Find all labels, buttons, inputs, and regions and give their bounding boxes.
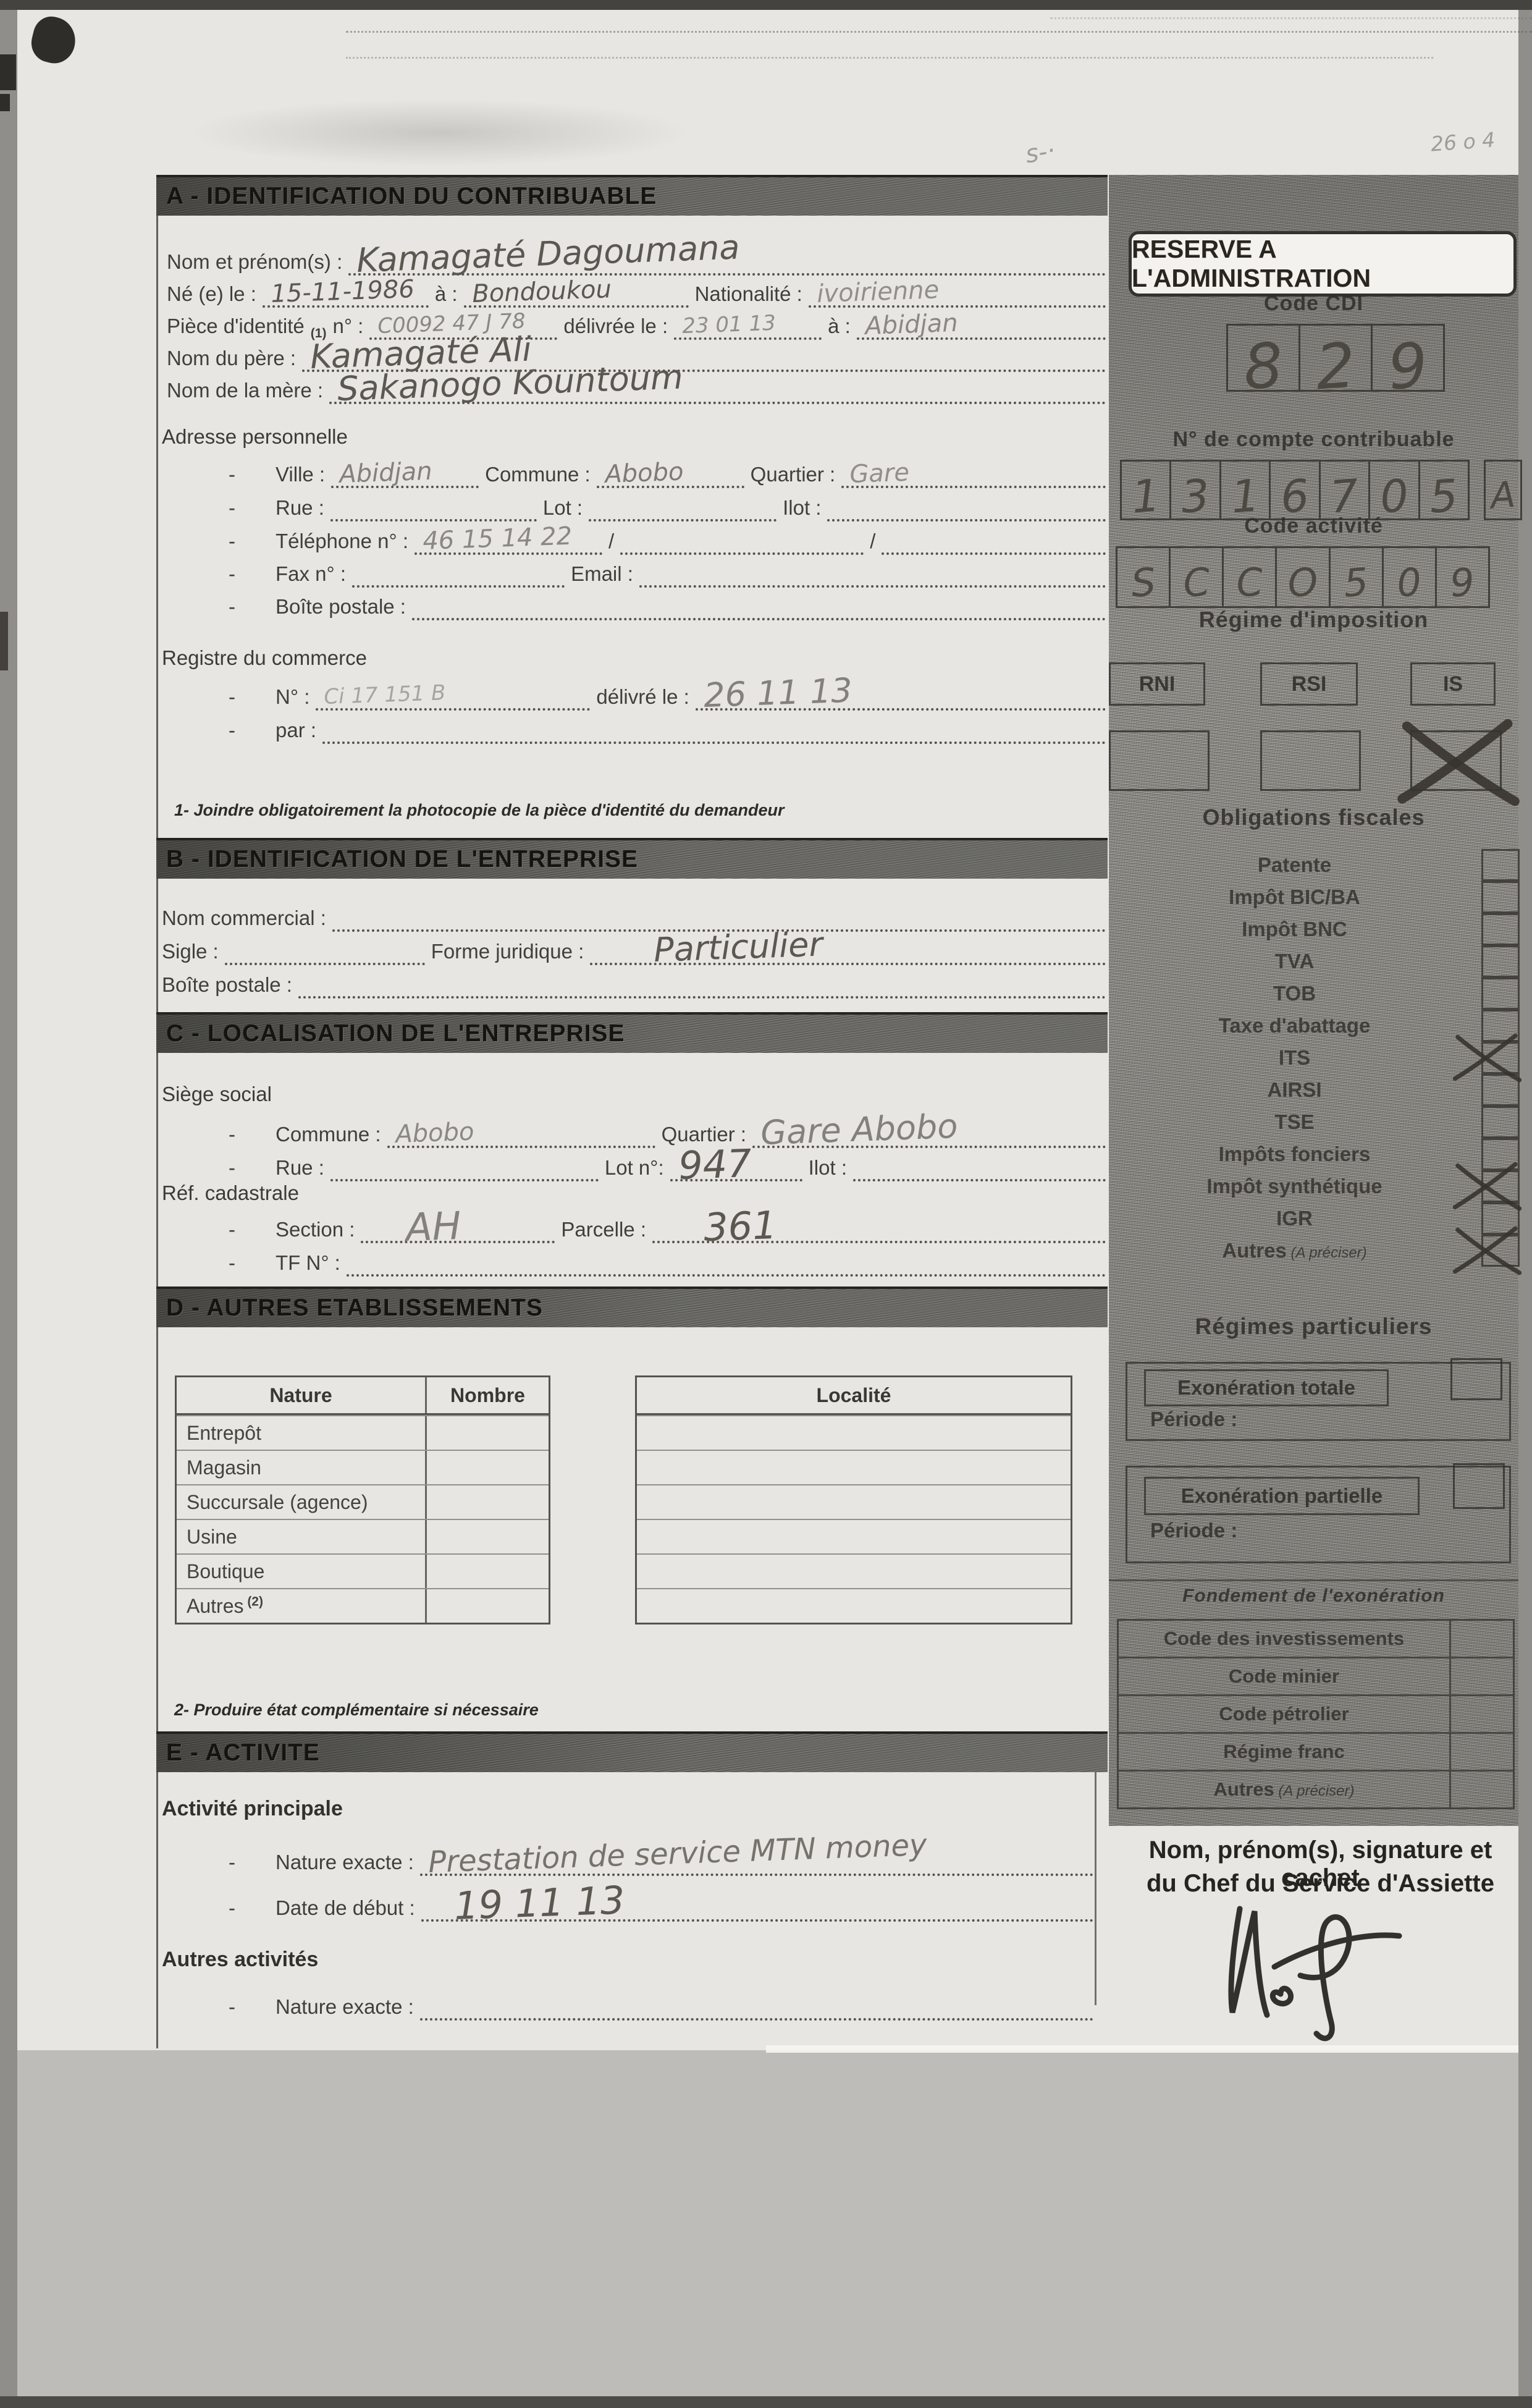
delivree-a-value: Abidjan: [865, 312, 958, 337]
obligation-checkbox: [1481, 945, 1520, 978]
handwritten-digit: C: [1182, 559, 1211, 606]
nationalite-value: ivoirienne: [817, 279, 940, 305]
cell-nature: Autres (2): [177, 1595, 425, 1618]
field-row-nom-commercial: Nom commercial :: [162, 902, 1106, 932]
code-activite-label: Code activité: [1109, 514, 1518, 538]
bp2-field: [298, 969, 1106, 999]
ne-a-field: Bondoukou: [464, 278, 689, 308]
section-d-title: D - AUTRES ETABLISSEMENTS: [156, 1295, 543, 1322]
edge-mark: [0, 94, 10, 111]
table-row: Usine: [177, 1519, 549, 1553]
ne-le-field: 15-11-1986: [263, 278, 429, 308]
telephone-field-3: [882, 525, 1106, 555]
table-row: Boutique: [177, 1553, 549, 1588]
mere-field: Sakanogo Kountoum: [329, 374, 1106, 404]
field-row-bp2: Boîte postale :: [162, 969, 1106, 999]
nature-exacte2-field: [420, 1991, 1093, 2021]
digit-cell: 2: [1298, 326, 1371, 390]
table-row: Succursale (agence): [177, 1484, 549, 1519]
section-e-title: E - ACTIVITE: [156, 1739, 320, 1767]
fax-field: [352, 558, 565, 588]
fondement-table: Code des investissementsCode minierCode …: [1117, 1619, 1515, 1809]
ville-label: Ville :: [276, 461, 325, 488]
field-row-commune2: - Commune : Abobo Quartier : Gare Abobo: [229, 1118, 1106, 1148]
table-row: Magasin: [177, 1450, 549, 1484]
handwritten-digit: 0: [1395, 559, 1423, 606]
fondement-checkbox: [1449, 1696, 1513, 1732]
fondement-checkbox: [1449, 1658, 1513, 1694]
table-body: [637, 1415, 1071, 1623]
email-field: [639, 558, 1106, 588]
ilot2-label: Ilot :: [809, 1154, 847, 1181]
ne-le-label: Né (e) le :: [167, 281, 256, 308]
fondement-label: Code minier: [1119, 1665, 1449, 1688]
exoneration-partielle-checkbox: [1453, 1463, 1505, 1509]
fondement-label: Régime franc: [1119, 1741, 1449, 1763]
ne-a-label: à :: [435, 281, 458, 308]
rue2-field: [330, 1152, 599, 1181]
field-row-fax: - Fax n° : Email :: [229, 558, 1106, 588]
fax-label: Fax n° :: [276, 560, 346, 588]
scan-lower-area: [17, 2050, 1518, 2396]
scan-top-edge: [0, 0, 1532, 10]
obligation-label: Autres (A préciser): [1109, 1235, 1480, 1267]
field-row-ville: - Ville : Abidjan Commune : Abobo Quarti…: [229, 458, 1106, 488]
registre-title: Registre du commerce: [162, 646, 367, 670]
bleed-line: [1050, 17, 1532, 19]
localite-row: [637, 1519, 1071, 1553]
edge-mark: [0, 612, 8, 670]
signature-caption-line2: du Chef du Service d'Assiette: [1109, 1870, 1532, 1898]
digit-cell: 8: [1228, 326, 1298, 390]
cell-nombre: [425, 1555, 549, 1588]
handwritten-digit: 2: [1313, 329, 1358, 403]
footnote-1: 1- Joindre obligatoirement la photocopie…: [174, 801, 785, 820]
forme-juridique-label: Forme juridique :: [431, 938, 584, 965]
quartier2-field: Gare Abobo: [752, 1118, 1106, 1148]
fondement-row: Régime franc: [1119, 1732, 1513, 1770]
handwritten-digit: 9: [1386, 329, 1430, 403]
nationalite-label: Nationalité :: [695, 281, 802, 308]
quartier-field: Gare: [841, 458, 1106, 488]
lot2-value: 947: [678, 1151, 752, 1179]
rc-numero-field: Ci 17 151 B: [316, 681, 590, 711]
forme-juridique-value: Particulier: [654, 932, 823, 963]
digit-cell: 9: [1371, 326, 1443, 390]
reserve-administration-box: RESERVE A L'ADMINISTRATION: [1129, 231, 1517, 297]
obligation-label: TSE: [1109, 1106, 1480, 1138]
pencil-mark: 26 o 4: [1430, 127, 1496, 156]
tf-label: TF N° :: [276, 1249, 340, 1277]
bullet: -: [229, 494, 235, 522]
nom-commercial-label: Nom commercial :: [162, 905, 326, 932]
obligation-label: AIRSI: [1109, 1074, 1480, 1106]
obligation-checkbox: [1481, 913, 1520, 945]
cell-nature: Boutique: [177, 1560, 425, 1583]
lot-label: Lot :: [543, 494, 583, 522]
bleed-line: [346, 57, 1433, 59]
rue-label: Rue :: [276, 494, 324, 522]
digit-cell: C: [1169, 548, 1222, 606]
field-row-nom: Nom et prénom(s) : Kamagaté Dagoumana: [167, 246, 1106, 276]
obligation-label: Taxe d'abattage: [1109, 1010, 1480, 1042]
siege-social-title: Siège social: [162, 1083, 272, 1106]
section-label: Section :: [276, 1216, 355, 1243]
quartier-value: Gare: [849, 462, 910, 486]
digit-cell: 0: [1368, 462, 1418, 518]
field-row-date-debut: - Date de début : 19 11 13: [229, 1892, 1093, 1922]
exoneration-totale-periode: Période :: [1150, 1408, 1237, 1431]
digit-cell: 1: [1122, 462, 1169, 518]
col-nombre: Nombre: [425, 1377, 549, 1413]
x-mark: [1400, 716, 1517, 809]
section-d-header: D - AUTRES ETABLISSEMENTS: [156, 1286, 1108, 1327]
lot2-label: Lot n°:: [605, 1154, 664, 1181]
adresse-title: Adresse personnelle: [162, 425, 348, 449]
activite-principale-title: Activité principale: [162, 1797, 343, 1821]
table-header-row: Localité: [637, 1377, 1071, 1415]
ville-value: Abidjan: [339, 460, 432, 486]
rc-delivre-field: 26 11 13: [696, 681, 1106, 711]
cell-nature-sup: (2): [243, 1594, 263, 1608]
handwritten-digit: 5: [1342, 559, 1370, 606]
regime-checkbox-is: [1410, 730, 1502, 791]
ville-field: Abidjan: [331, 458, 479, 488]
sigle-field: [225, 936, 425, 965]
obligation-checkbox: [1481, 849, 1520, 881]
field-row-rue: - Rue : Lot : Ilot :: [229, 492, 1106, 522]
obligation-label: TVA: [1109, 945, 1480, 978]
obligation-checkbox: [1481, 978, 1520, 1010]
bleed-line: [346, 31, 1532, 33]
lot2-field: 947: [670, 1152, 802, 1181]
digit-cell: 3: [1169, 462, 1219, 518]
handwritten-digit: 9: [1449, 559, 1476, 606]
cell-nature: Entrepôt: [177, 1422, 425, 1445]
table-row: Autres (2): [177, 1588, 549, 1623]
bullet: -: [229, 461, 235, 488]
compte-suffix-cell: A: [1484, 460, 1522, 520]
field-row-piece: Pièce d'identité (1) n° : C0092 47 J 78 …: [167, 310, 1106, 340]
forme-juridique-field: Particulier: [590, 936, 1106, 965]
scan-smudge: [185, 99, 692, 167]
etablissements-table-right: Localité: [635, 1375, 1072, 1624]
commune2-label: Commune :: [276, 1121, 381, 1148]
fondement-label-suffix: (A préciser): [1274, 1783, 1355, 1799]
delivree-le-label: délivrée le :: [563, 313, 668, 340]
regime-option-rni: RNI: [1109, 662, 1205, 706]
telephone-value: 46 15 14 22: [423, 525, 573, 552]
cell-nature: Succursale (agence): [177, 1491, 425, 1514]
rc-delivre-value: 26 11 13: [703, 678, 852, 708]
telephone-sep-2: /: [870, 528, 875, 555]
bullet: -: [229, 1249, 235, 1277]
rc-par-label: par :: [276, 717, 316, 744]
tf-field: [347, 1247, 1106, 1277]
obligation-label: Impôt synthétique: [1109, 1170, 1480, 1202]
digit-cell: C: [1222, 548, 1275, 606]
field-row-telephone: - Téléphone n° : 46 15 14 22 / /: [229, 525, 1106, 555]
commune-value: Abobo: [604, 461, 683, 486]
commune-label: Commune :: [485, 461, 591, 488]
code-cdi-cells: 829: [1226, 324, 1445, 392]
nom-label: Nom et prénom(s) :: [167, 248, 342, 276]
parcelle-label: Parcelle :: [561, 1216, 646, 1243]
bullet: -: [229, 528, 235, 555]
fondement-label: Code des investissements: [1119, 1628, 1449, 1650]
section-e-header: E - ACTIVITE: [156, 1731, 1108, 1772]
fondement-checkbox: [1449, 1734, 1513, 1770]
field-row-rc-numero: - N° : Ci 17 151 B délivré le : 26 11 13: [229, 681, 1106, 711]
code-cdi-label: Code CDI: [1109, 292, 1518, 316]
bullet: -: [229, 1993, 235, 2021]
section-c-title: C - LOCALISATION DE L'ENTREPRISE: [156, 1020, 625, 1047]
bp2-label: Boîte postale :: [162, 971, 292, 999]
section-c-header: C - LOCALISATION DE L'ENTREPRISE: [156, 1012, 1108, 1053]
section-b-title: B - IDENTIFICATION DE L'ENTREPRISE: [156, 846, 638, 873]
exoneration-partielle-periode: Période :: [1150, 1519, 1237, 1542]
field-row-rue2: - Rue : Lot n°: 947 Ilot :: [229, 1152, 1106, 1181]
cell-nature: Usine: [177, 1526, 425, 1548]
localite-row: [637, 1415, 1071, 1450]
regime-checkbox-rsi: [1260, 730, 1361, 791]
obligation-checkbox: [1481, 1106, 1520, 1138]
x-mark: [1446, 1227, 1529, 1274]
fondement-row: Code des investissements: [1119, 1621, 1513, 1657]
field-row-sigle: Sigle : Forme juridique : Particulier: [162, 936, 1106, 965]
digit-cell: 5: [1418, 462, 1468, 518]
nature-exacte-label: Nature exacte :: [276, 1849, 414, 1876]
rc-delivre-label: délivré le :: [596, 683, 689, 711]
bullet: -: [229, 1121, 235, 1148]
obligation-check: [1446, 1227, 1529, 1274]
fondement-label: Code pétrolier: [1119, 1703, 1449, 1725]
rc-numero-value: Ci 17 151 B: [324, 682, 446, 708]
fondement-checkbox: [1449, 1621, 1513, 1657]
quartier-label: Quartier :: [751, 461, 836, 488]
digit-cell: S: [1117, 548, 1169, 606]
localite-row: [637, 1484, 1071, 1519]
commune2-field: Abobo: [387, 1118, 655, 1148]
obligation-label: ITS: [1109, 1042, 1480, 1074]
bullet: -: [229, 1154, 235, 1181]
field-row-nature-exacte: - Nature exacte : Prestation de service …: [229, 1846, 1093, 1876]
scan-bottom-edge: [0, 2396, 1532, 2408]
handwritten-digit: S: [1129, 559, 1156, 606]
nom-value: Kamagaté Dagoumana: [356, 235, 740, 273]
rc-numero-label: N° :: [276, 683, 309, 711]
telephone-sep: /: [608, 528, 614, 555]
field-row-naissance: Né (e) le : 15-11-1986 à : Bondoukou Nat…: [167, 278, 1106, 308]
bullet: -: [229, 1849, 235, 1876]
parcelle-field: 361: [652, 1214, 1106, 1243]
lot-field: [589, 492, 777, 522]
nature-exacte-field: Prestation de service MTN money: [420, 1846, 1093, 1876]
mere-label: Nom de la mère :: [167, 377, 323, 404]
field-row-bp: - Boîte postale :: [229, 591, 1106, 620]
table-header-row: Nature Nombre: [177, 1377, 549, 1415]
compte-contribuable-label: N° de compte contribuable: [1109, 428, 1518, 452]
etablissements-table-left: Nature Nombre EntrepôtMagasinSuccursale …: [175, 1375, 550, 1624]
nature-exacte2-label: Nature exacte :: [276, 1993, 414, 2021]
exoneration-totale-checkbox: [1450, 1358, 1502, 1400]
code-activite-cells: SCCO509: [1116, 546, 1490, 608]
nationalite-field: ivoirienne: [809, 278, 1106, 308]
section-b-header: B - IDENTIFICATION DE L'ENTREPRISE: [156, 838, 1108, 879]
regime-imposition-label: Régime d'imposition: [1109, 607, 1518, 633]
piece-label: Pièce d'identité: [167, 313, 305, 340]
rue-field: [330, 492, 537, 522]
commune2-value: Abobo: [395, 1121, 474, 1146]
date-debut-value: 19 11 13: [453, 1887, 625, 1919]
exoneration-totale-label: Exonération totale: [1144, 1369, 1389, 1406]
bullet: -: [229, 1895, 235, 1922]
obligation-label: Impôt BNC: [1109, 913, 1480, 945]
date-debut-label: Date de début :: [276, 1895, 415, 1922]
rue2-label: Rue :: [276, 1154, 324, 1181]
edge-mark: [0, 54, 16, 90]
bp-label: Boîte postale :: [276, 593, 406, 620]
telephone-label: Téléphone n° :: [276, 528, 408, 555]
obligation-label-suffix: (A préciser): [1287, 1244, 1367, 1261]
handwritten-digit: C: [1235, 559, 1265, 606]
autres-activites-title: Autres activités: [162, 1948, 318, 1972]
localite-row: [637, 1588, 1071, 1623]
quartier2-value: Gare Abobo: [760, 1114, 958, 1146]
col-nature: Nature: [177, 1384, 425, 1407]
digit-cell: 7: [1319, 462, 1368, 518]
obligation-label: IGR: [1109, 1202, 1480, 1235]
sigle-label: Sigle :: [162, 938, 219, 965]
cell-nombre: [425, 1520, 549, 1553]
fondement-row: Autres (A préciser): [1119, 1770, 1513, 1807]
field-row-section: - Section : AH Parcelle : 361: [229, 1214, 1106, 1243]
obligations-fiscales-title: Obligations fiscales: [1109, 805, 1518, 830]
col-localite: Localité: [817, 1384, 891, 1407]
obligation-label: Patente: [1109, 849, 1480, 881]
form-divider: [1095, 1758, 1096, 2005]
bp-field: [412, 591, 1106, 620]
bullet: -: [229, 683, 235, 711]
fondement-checkbox: [1449, 1772, 1513, 1807]
mere-value: Sakanogo Kountoum: [337, 365, 684, 402]
field-row-rc-par: - par :: [229, 714, 1106, 744]
delivree-le-field: 23 01 13: [674, 310, 822, 340]
rc-par-field: [322, 714, 1106, 744]
regimes-particuliers-title: Régimes particuliers: [1109, 1314, 1518, 1340]
digit-cell: 6: [1269, 462, 1318, 518]
bullet: -: [229, 1216, 235, 1243]
table-row: Entrepôt: [177, 1415, 549, 1450]
email-label: Email :: [571, 560, 633, 588]
ilot-field: [827, 492, 1106, 522]
bullet: -: [229, 717, 235, 744]
obligation-label: TOB: [1109, 978, 1480, 1010]
nom-commercial-field: [332, 902, 1106, 932]
section-value: AH: [406, 1213, 461, 1241]
delivree-le-value: 23 01 13: [682, 312, 777, 337]
exoneration-partielle-label: Exonération partielle: [1144, 1477, 1420, 1515]
handwritten-digit: O: [1286, 559, 1319, 606]
telephone-field: 46 15 14 22: [415, 525, 602, 555]
parcelle-value: 361: [704, 1212, 778, 1241]
section-field: AH: [361, 1214, 555, 1243]
cell-nombre: [425, 1485, 549, 1519]
ne-a-value: Bondoukou: [471, 278, 612, 305]
divider-line: [1109, 1579, 1518, 1581]
field-row-tf: - TF N° :: [229, 1247, 1106, 1277]
commune-field: Abobo: [597, 458, 744, 488]
ilot2-field: [853, 1152, 1106, 1181]
pencil-mark: s-·: [1024, 137, 1058, 169]
cell-nombre: [425, 1416, 549, 1450]
telephone-field-2: [620, 525, 864, 555]
obligation-label: Impôts fonciers: [1109, 1138, 1480, 1170]
ilot-label: Ilot :: [783, 494, 821, 522]
delivree-a-label: à :: [828, 313, 851, 340]
digit-cell: 1: [1219, 462, 1269, 518]
digit-cell: A: [1486, 462, 1520, 518]
ne-le-value: 15-11-1986: [271, 278, 415, 305]
fondement-label: Autres (A préciser): [1119, 1778, 1449, 1801]
date-debut-field: 19 11 13: [421, 1892, 1093, 1922]
obligation-checkbox: [1481, 1074, 1520, 1106]
signature: [1202, 1900, 1412, 2048]
field-row-nature-exacte-2: - Nature exacte :: [229, 1991, 1093, 2021]
regime-option-rsi: RSI: [1260, 662, 1358, 706]
field-row-mere: Nom de la mère : Sakanogo Kountoum: [167, 374, 1106, 404]
nom-field: Kamagaté Dagoumana: [348, 246, 1106, 276]
handwritten-digit: 8: [1241, 329, 1286, 403]
fondement-row: Code minier: [1119, 1657, 1513, 1694]
digit-cell: 0: [1382, 548, 1435, 606]
obligation-label: Impôt BIC/BA: [1109, 881, 1480, 913]
obligation-checkbox: [1481, 881, 1520, 913]
digit-cell: O: [1275, 548, 1328, 606]
cell-nombre: [425, 1451, 549, 1484]
regime-checkbox-rni: [1109, 730, 1210, 791]
regime-option-is: IS: [1410, 662, 1496, 706]
cell-nature: Magasin: [177, 1456, 425, 1479]
digit-cell: 9: [1435, 548, 1488, 606]
compte-contribuable-cells: 1316705: [1120, 460, 1470, 520]
bullet: -: [229, 593, 235, 620]
footnote-2: 2- Produire état complémentaire si néces…: [174, 1700, 539, 1720]
digit-cell: 5: [1329, 548, 1382, 606]
localite-row: [637, 1450, 1071, 1484]
cell-nombre: [425, 1589, 549, 1623]
localite-row: [637, 1553, 1071, 1588]
table-body: EntrepôtMagasinSuccursale (agence)UsineB…: [177, 1415, 549, 1623]
handwritten-digit: A: [1489, 473, 1517, 517]
section-a-header: A - IDENTIFICATION DU CONTRIBUABLE: [156, 175, 1108, 216]
fondement-title: Fondement de l'exonération: [1109, 1586, 1518, 1607]
pere-label: Nom du père :: [167, 345, 296, 372]
section-a-title: A - IDENTIFICATION DU CONTRIBUABLE: [156, 183, 657, 210]
fondement-row: Code pétrolier: [1119, 1694, 1513, 1732]
ref-cadastrale-title: Réf. cadastrale: [162, 1181, 299, 1205]
bullet: -: [229, 560, 235, 588]
delivree-a-field: Abidjan: [857, 310, 1106, 340]
